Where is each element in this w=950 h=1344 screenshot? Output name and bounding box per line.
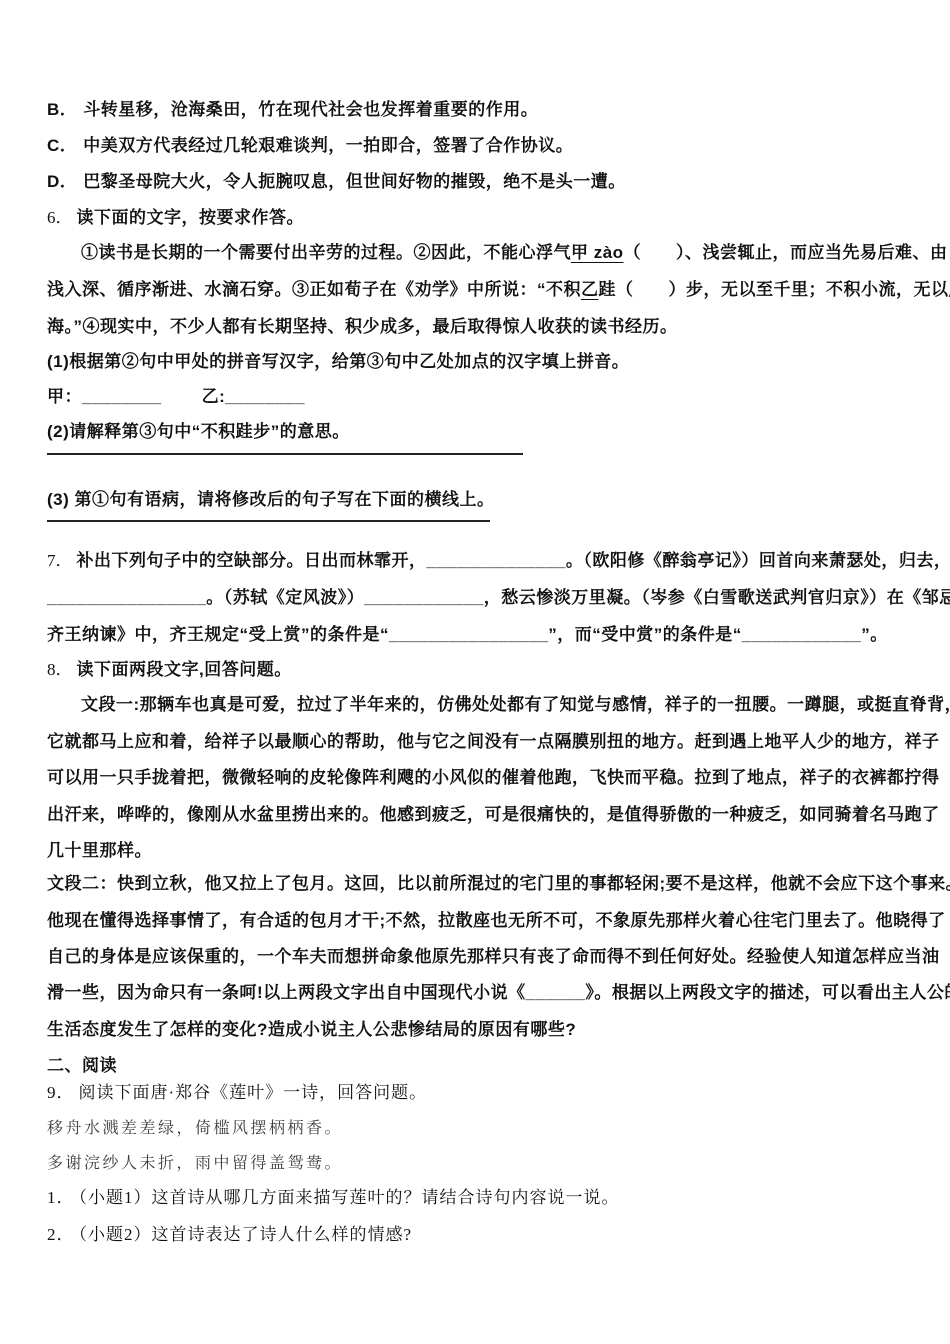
- option-c: C．中美双方代表经过几轮艰难谈判，一拍即合，签署了合作协议。: [47, 135, 573, 157]
- option-d-label: D．: [47, 172, 77, 191]
- q8-para2-line3: 自己的身体是应该保重的，一个车夫而想拼命象他原先那样只有丧了命而得不到任何好处。…: [47, 946, 940, 968]
- q9-poem-line2: 多谢浣纱人未折，雨中留得盖鸳鸯。: [47, 1152, 343, 1174]
- question-7-line1-text: 补出下列句子中的空缺部分。日出而林霏开，______________。（欧阳修《…: [77, 551, 950, 570]
- q9-sub2-number: 2．: [47, 1225, 75, 1244]
- option-b-label: B．: [47, 100, 77, 119]
- section-2-title: 二、阅读: [47, 1055, 117, 1077]
- q6-passage-line1: ①读书是长期的一个需要付出辛劳的过程。②因此，不能心浮气甲 zào（ ）、浅尝辄…: [81, 242, 948, 264]
- q9-sub2-text: （小题2）这首诗表达了诗人什么样的情感?: [79, 1225, 413, 1244]
- question-9-stem: 9．阅读下面唐·郑谷《莲叶》一诗，回答问题。: [47, 1082, 427, 1104]
- q9-poem-line1: 移舟水溅差差绿，倚槛风摆柄柄香。: [47, 1117, 343, 1139]
- q8-para1-line3: 可以用一只手拢着把，微微轻响的皮轮像阵利飕的小风似的催着他跑，飞快而平稳。拉到了…: [47, 767, 940, 789]
- q6-passage-line1-post: （ ）、浅尝辄止，而应当先易后难、由: [624, 243, 948, 262]
- question-8-number: 8．: [47, 660, 73, 679]
- q6-passage-line1-pre: ①读书是长期的一个需要付出辛劳的过程。②因此，不能心浮气: [81, 243, 571, 262]
- q8-para2-line2: 他现在懂得选择事情了，有合适的包月才干;不然，拉散座也无所不可，不象原先那样火着…: [47, 910, 946, 932]
- q6-passage-line2-post: 跬（ ）步，无以至千里；不积小流，无以成江: [599, 280, 950, 299]
- q6-sub3: (3) 第①句有语病，请将修改后的句子写在下面的横线上。: [47, 489, 495, 511]
- q6-passage-line2-underlined: 乙: [581, 280, 599, 299]
- q6-sub1: (1)根据第②句中甲处的拼音写汉字，给第③句中乙处加点的汉字填上拼音。: [47, 351, 629, 373]
- q8-para1-line1: 文段一:那辆车也真是可爱，拉过了半年来的，仿佛处处都有了知觉与感情，祥子的一扭腰…: [81, 694, 950, 716]
- question-9-stem-text: 阅读下面唐·郑谷《莲叶》一诗，回答问题。: [79, 1083, 428, 1102]
- question-8-stem: 8．读下面两段文字,回答问题。: [47, 659, 292, 681]
- q8-para1-line2: 它就都马上应和着，给祥子以最顺心的帮助，他与它之间没有一点隔膜别扭的地方。赶到遇…: [47, 731, 940, 753]
- q6-blank-yi: 乙:________: [202, 387, 305, 406]
- q6-passage-line2-pre: 浅入深、循序渐进、水滴石穿。③正如荀子在《劝学》中所说：“不积: [47, 280, 581, 299]
- option-c-text: 中美双方代表经过几轮艰难谈判，一拍即合，签署了合作协议。: [83, 136, 573, 155]
- question-7-number: 7．: [47, 551, 73, 570]
- q8-para1-line4: 出汗来，哗哗的，像刚从水盆里捞出来的。他感到疲乏，可是很痛快的，是值得骄傲的一种…: [47, 804, 940, 826]
- q9-sub1: 1．（小题1）这首诗从哪几方面来描写莲叶的？请结合诗句内容说一说。: [47, 1187, 620, 1209]
- q8-para2-line1: 文段二：快到立秋，他又拉上了包月。这回，比以前所混过的宅门里的事都轻闲;要不是这…: [47, 873, 950, 895]
- q8-para2-line4: 滑一些，因为命只有一条呵!以上两段文字出自中国现代小说《______》。根据以上…: [47, 982, 950, 1004]
- q9-sub1-text: （小题1）这首诗从哪几方面来描写莲叶的？请结合诗句内容说一说。: [79, 1188, 620, 1207]
- q6-answer-blanks: 甲：________乙:________: [47, 386, 305, 408]
- question-6-number: 6．: [47, 208, 73, 227]
- q6-sub3-answer-line: [47, 520, 490, 522]
- question-6-stem-text: 读下面的文字，按要求作答。: [77, 208, 305, 227]
- question-9-number: 9．: [47, 1083, 75, 1102]
- option-d: D．巴黎圣母院大火，令人扼腕叹息，但世间好物的摧毁，绝不是头一遭。: [47, 171, 626, 193]
- question-8-stem-text: 读下面两段文字,回答问题。: [77, 660, 292, 679]
- q6-passage-line1-underlined: 甲 zào: [571, 243, 624, 262]
- question-7-line1: 7．补出下列句子中的空缺部分。日出而林霏开，______________。（欧阳…: [47, 550, 950, 572]
- q6-sub2-answer-line: [47, 453, 523, 455]
- q9-sub1-number: 1．: [47, 1188, 75, 1207]
- option-c-label: C．: [47, 136, 77, 155]
- q8-para2-line5: 生活态度发生了怎样的变化?造成小说主人公悲惨结局的原因有哪些?: [47, 1019, 576, 1041]
- option-d-text: 巴黎圣母院大火，令人扼腕叹息，但世间好物的摧毁，绝不是头一遭。: [83, 172, 626, 191]
- q9-sub2: 2．（小题2）这首诗表达了诗人什么样的情感?: [47, 1224, 412, 1246]
- question-6-stem: 6．读下面的文字，按要求作答。: [47, 207, 304, 229]
- q6-passage-line2: 浅入深、循序渐进、水滴石穿。③正如荀子在《劝学》中所说：“不积乙跬（ ）步，无以…: [47, 279, 950, 301]
- option-b: B．斗转星移，沧海桑田，竹在现代社会也发挥着重要的作用。: [47, 99, 538, 121]
- q8-para1-line5: 几十里那样。: [47, 840, 152, 862]
- q6-blank-jia: 甲：________: [47, 387, 162, 406]
- q6-sub2: (2)请解释第③句中“不积跬步”的意思。: [47, 421, 350, 443]
- option-b-text: 斗转星移，沧海桑田，竹在现代社会也发挥着重要的作用。: [83, 100, 538, 119]
- q6-passage-line3: 海。”④现实中，不少人都有长期坚持、积少成多，最后取得惊人收获的读书经历。: [47, 316, 678, 338]
- exam-page: B．斗转星移，沧海桑田，竹在现代社会也发挥着重要的作用。 C．中美双方代表经过几…: [0, 0, 950, 1344]
- question-7-line2: ________________。（苏轼《定风波》）____________，愁…: [47, 587, 950, 609]
- question-7-line3: 齐王纳谏》中，齐王规定“受上赏”的条件是“________________”，而…: [47, 624, 888, 646]
